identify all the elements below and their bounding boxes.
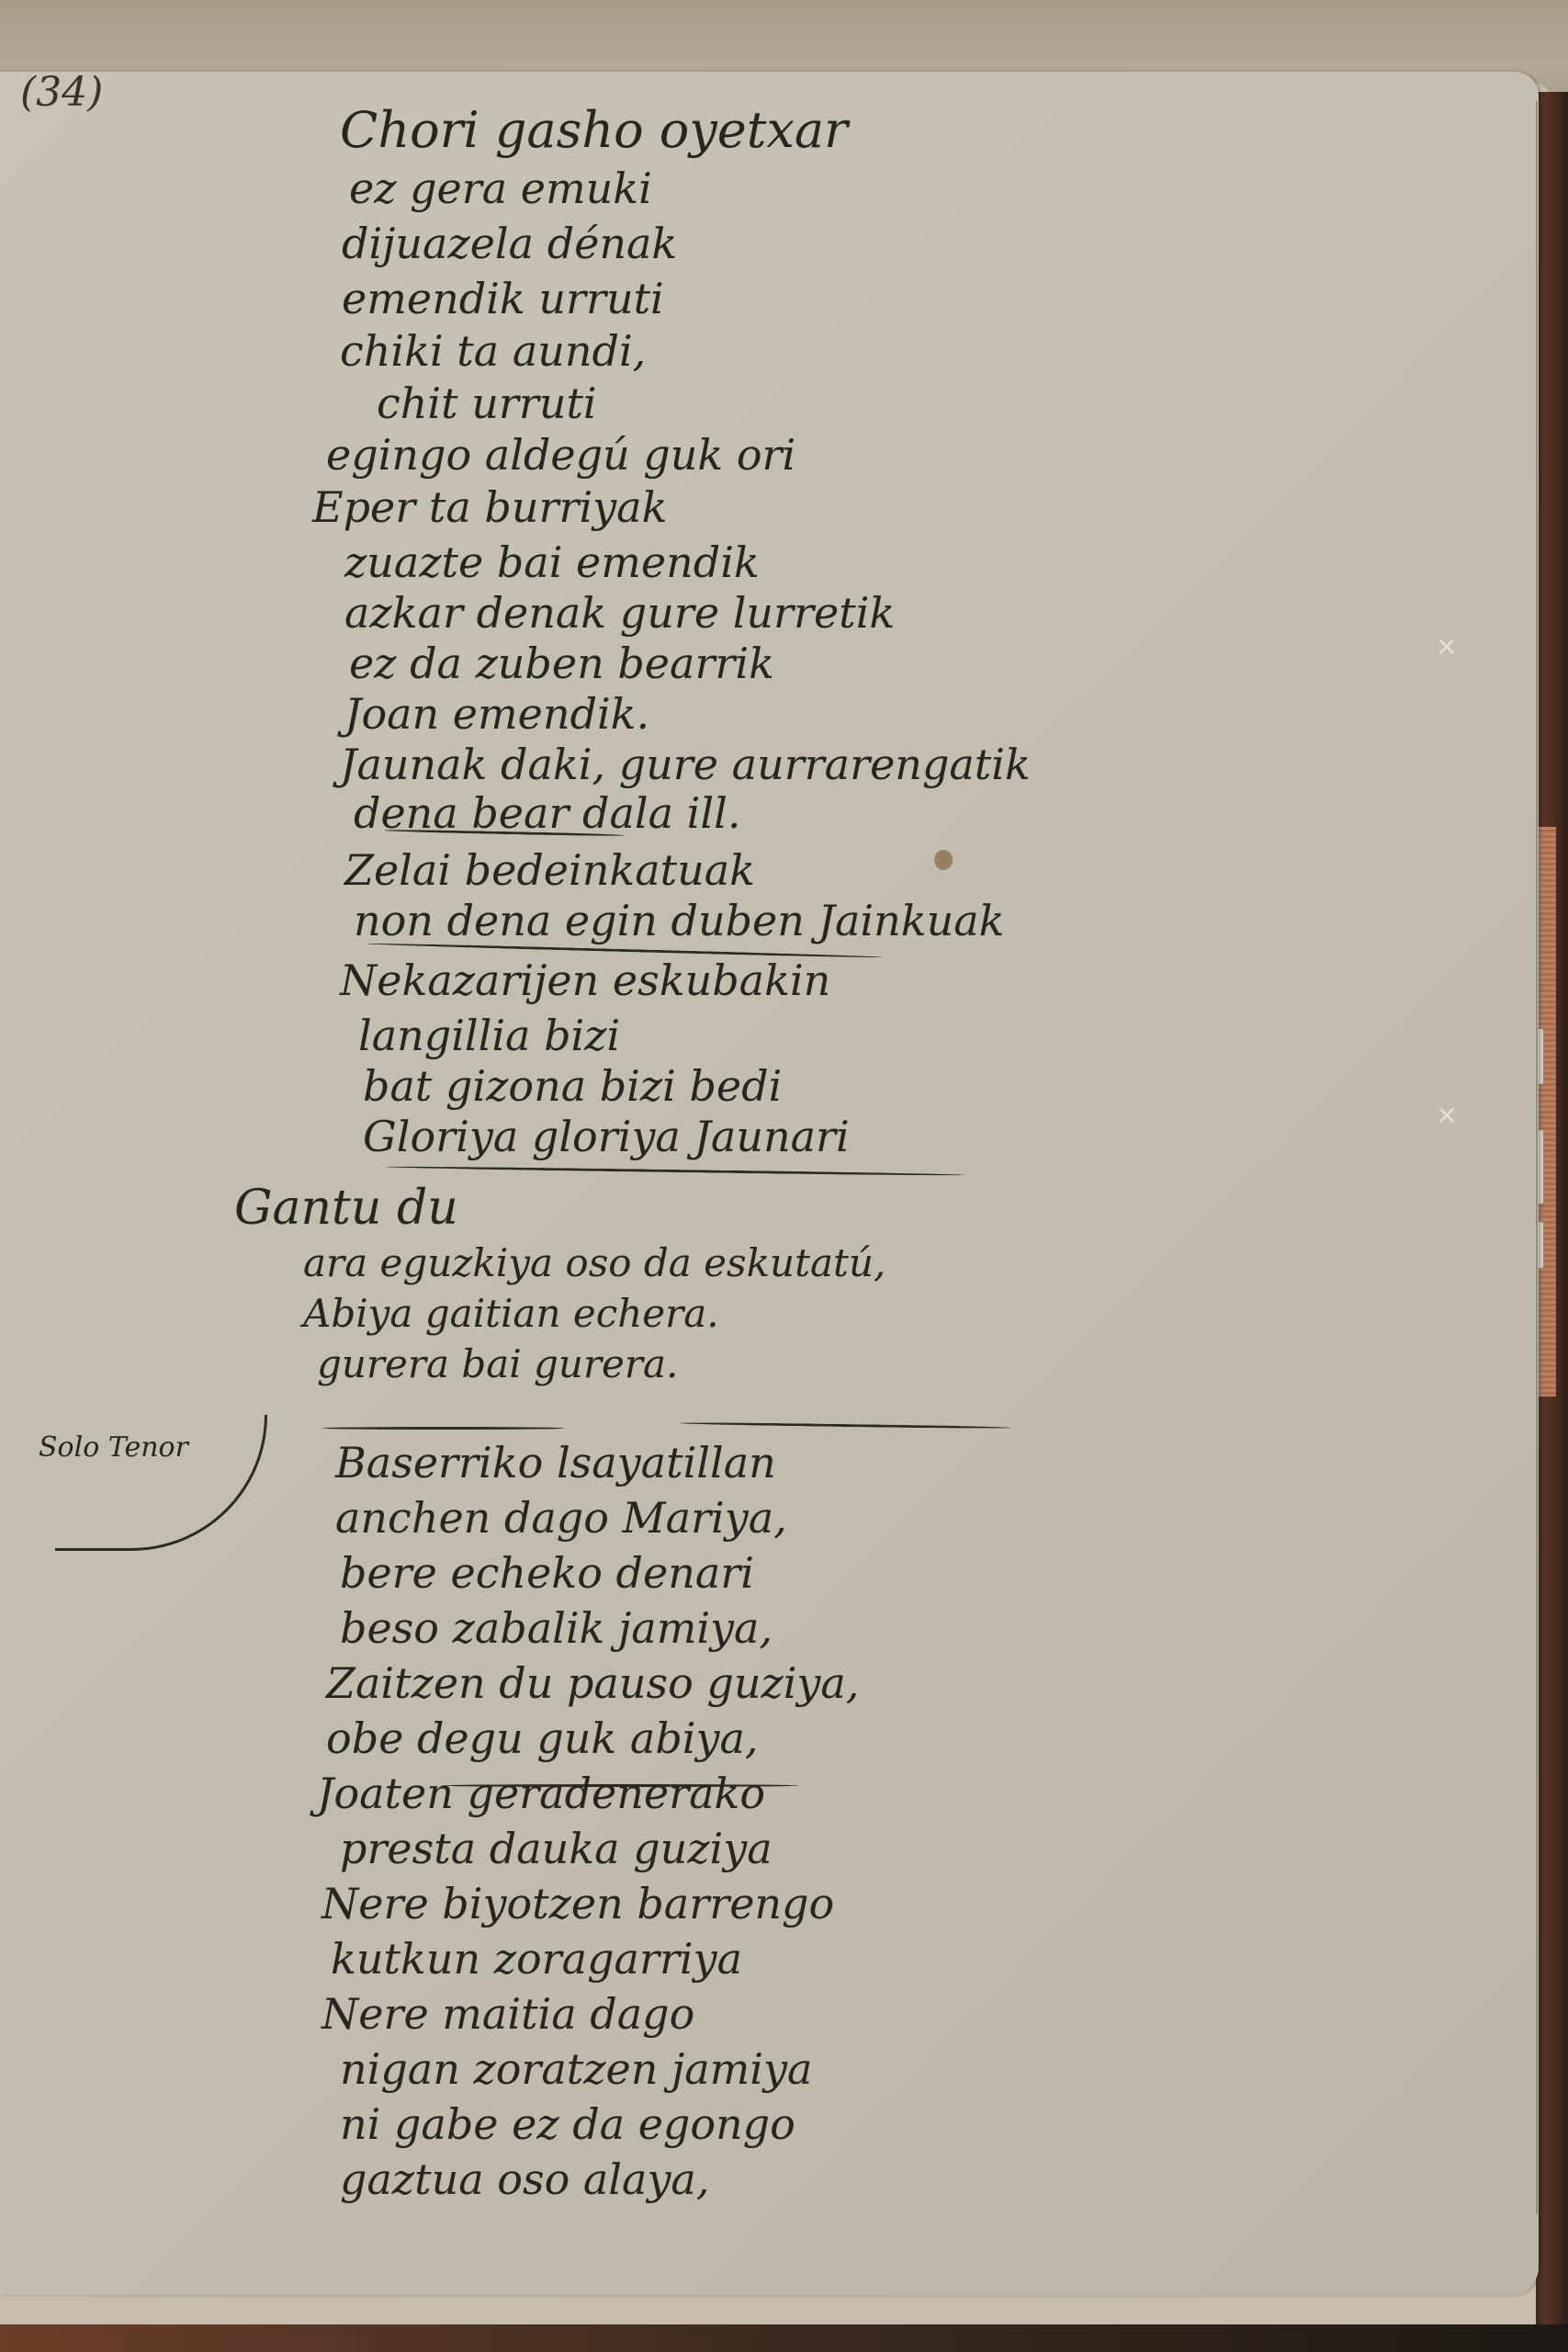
verse-line: Jaunak daki, gure aurrarengatik — [340, 740, 1031, 789]
verse-line: anchen dago Mariya, — [335, 1493, 787, 1543]
verse-line: Zelai bedeinkatuak — [344, 845, 755, 895]
verse-line: Baserriko lsayatillan — [335, 1438, 776, 1487]
verse-line: Nere biyotzen barrengo — [321, 1879, 834, 1928]
verse-line: gurera bai gurera. — [317, 1341, 678, 1386]
page-edge — [1536, 101, 1538, 2214]
verse-line: ez gera emuki — [349, 164, 652, 213]
verse-line: Eper ta burriyak — [312, 482, 667, 532]
verse-line: zuazte bai emendik — [344, 537, 760, 587]
verse-line: bat gizona bizi bedi — [363, 1061, 782, 1111]
divider-rule — [321, 1427, 565, 1430]
verse-line: non dena egin duben Jainkuak — [354, 896, 1005, 945]
verse-line: Zaitzen du pauso guziya, — [326, 1658, 859, 1708]
verse-line: langillia bizi — [358, 1011, 620, 1060]
verse-line: beso zabalik jamiya, — [340, 1603, 773, 1653]
verse-line: Abiya gaitian echera. — [303, 1291, 719, 1336]
verse-line: chit urruti — [377, 379, 597, 428]
verse-line: gaztua oso alaya, — [340, 2154, 709, 2204]
paper-crease-mark: ✕ — [1433, 1102, 1461, 1130]
binding-thread — [1536, 827, 1556, 1396]
verse-line: Gantu du — [234, 1181, 458, 1236]
verse-line: ni gabe ez da egongo — [340, 2099, 795, 2149]
manuscript-page — [0, 72, 1539, 2295]
verse-line: chiki ta aundi, — [340, 326, 646, 376]
page-number: (34) — [20, 69, 103, 116]
verse-line: ez da zuben bearrik — [349, 639, 774, 688]
verse-line: nigan zoratzen jamiya — [340, 2044, 812, 2094]
verse-line: Nekazarijen eskubakin — [340, 955, 830, 1005]
paper-crease-mark: ✕ — [1433, 634, 1461, 661]
verse-line: kutkun zoragarriya — [331, 1934, 742, 1984]
verse-line: Nere maitia dago — [321, 1989, 694, 2039]
margin-note-solo-tenor: Solo Tenor — [39, 1431, 188, 1464]
verse-line: Gloriya gloriya Jaunari — [363, 1112, 850, 1161]
verse-line: presta dauka guziya — [340, 1824, 773, 1873]
verse-line: dijuazela dénak — [342, 219, 677, 268]
verse-line: azkar denak gure lurretik — [344, 588, 895, 638]
verse-line: Chori gasho oyetxar — [340, 101, 848, 159]
ink-stain — [934, 850, 953, 870]
verse-line: bere echeko denari — [340, 1548, 754, 1598]
verse-line: ara eguzkiya oso da eskutatú, — [303, 1240, 886, 1285]
verse-line: obe degu guk abiya, — [326, 1713, 759, 1763]
verse-line: emendik urruti — [342, 274, 664, 323]
backdrop-bottom — [0, 2324, 1568, 2352]
verse-line: Joan emendik. — [344, 689, 649, 739]
verse-line: Joaten geradenerako — [317, 1769, 765, 1818]
verse-line: egingo aldegú guk ori — [326, 430, 795, 480]
